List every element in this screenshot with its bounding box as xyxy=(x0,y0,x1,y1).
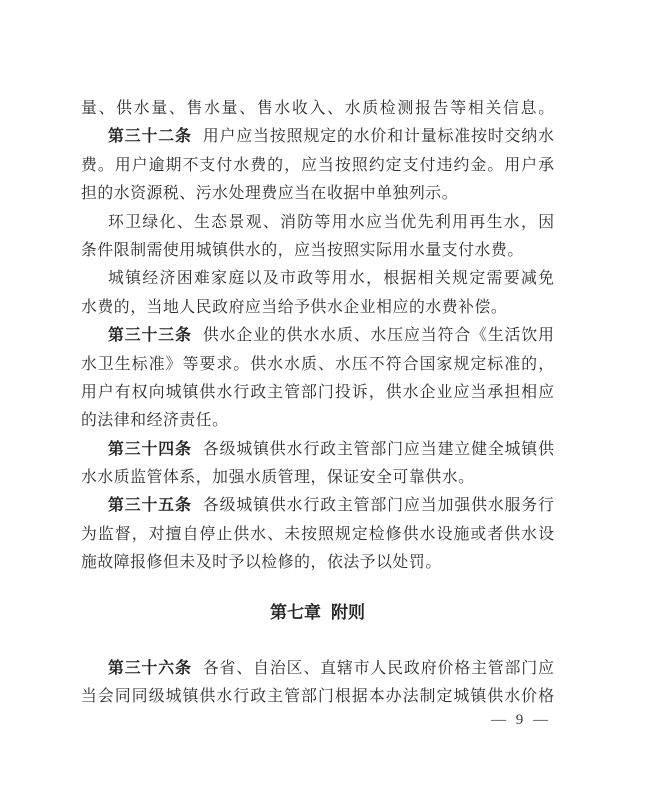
document-line: 的法律和经济责任。 xyxy=(81,407,554,435)
article-number: 第三十六条 xyxy=(108,660,192,677)
document-line: 水费的，当地人民政府应当给予供水企业相应的水费补偿。 xyxy=(81,294,554,322)
document-line: 水卫生标准》等要求。供水水质、水压不符合国家规定标准的， xyxy=(81,351,554,379)
line-text: 担的水资源税、污水处理费应当在收据中单独列示。 xyxy=(81,185,458,202)
document-line: 第三十二条用户应当按照规定的水价和计量标准按时交纳水 xyxy=(81,123,554,151)
line-text: 量、供水量、售水量、售水收入、水质检测报告等相关信息。 xyxy=(81,100,554,117)
line-text: 当会同同级城镇供水行政主管部门根据本办法制定城镇供水价格 xyxy=(81,688,554,705)
document-line: 担的水资源税、污水处理费应当在收据中单独列示。 xyxy=(81,180,554,208)
chapter-title: 附则 xyxy=(331,603,365,622)
line-text: 施故障报修但未及时予以检修的，依法予以处罚。 xyxy=(81,554,442,571)
line-text: 城镇经济困难家庭以及市政等用水，根据相关规定需要减免 xyxy=(108,270,554,287)
document-line: 为监督，对擅自停止供水、未按照规定检修供水设施或者供水设 xyxy=(81,521,554,549)
article-number: 第三十四条 xyxy=(108,441,192,458)
chapter-heading: 第七章附则 xyxy=(81,599,554,627)
document-line: 第三十六条各省、自治区、直辖市人民政府价格主管部门应 xyxy=(81,655,554,683)
document-line: 费。用户逾期不支付水费的，应当按照约定支付违约金。用户承 xyxy=(81,152,554,180)
document-line: 当会同同级城镇供水行政主管部门根据本办法制定城镇供水价格 xyxy=(81,683,554,711)
document-line: 环卫绿化、生态景观、消防等用水应当优先利用再生水，因 xyxy=(81,209,554,237)
document-line: 条件限制需使用城镇供水的，应当按照实际用水量支付水费。 xyxy=(81,237,554,265)
document-line: 城镇经济困难家庭以及市政等用水，根据相关规定需要减免 xyxy=(81,265,554,293)
document-line: 第三十四条各级城镇供水行政主管部门应当建立健全城镇供 xyxy=(81,436,554,464)
chapter-number: 第七章 xyxy=(270,603,321,622)
line-text: 供水企业的供水水质、水压应当符合《生活饮用 xyxy=(203,327,554,344)
article-number: 第三十五条 xyxy=(108,497,192,514)
line-text: 用户有权向城镇供水行政主管部门投诉，供水企业应当承担相应 xyxy=(81,384,554,401)
line-text: 各级城镇供水行政主管部门应当加强供水服务行 xyxy=(203,497,554,514)
document-line: 用户有权向城镇供水行政主管部门投诉，供水企业应当承担相应 xyxy=(81,379,554,407)
line-text: 水卫生标准》等要求。供水水质、水压不符合国家规定标准的， xyxy=(81,356,554,373)
document-line: 量、供水量、售水量、售水收入、水质检测报告等相关信息。 xyxy=(81,95,554,123)
line-text: 费。用户逾期不支付水费的，应当按照约定支付违约金。用户承 xyxy=(81,157,554,174)
article-number: 第三十二条 xyxy=(108,128,192,145)
line-text: 各省、自治区、直辖市人民政府价格主管部门应 xyxy=(203,660,554,677)
document-line: 水水质监管体系，加强水质管理，保证安全可靠供水。 xyxy=(81,464,554,492)
line-text: 水费的，当地人民政府应当给予供水企业相应的水费补偿。 xyxy=(81,299,507,316)
page-number: — 9 — xyxy=(491,710,551,730)
document-closing: 第三十六条各省、自治区、直辖市人民政府价格主管部门应 当会同同级城镇供水行政主管… xyxy=(81,655,554,712)
document-line: 第三十五条各级城镇供水行政主管部门应当加强供水服务行 xyxy=(81,492,554,520)
document-page: 量、供水量、售水量、售水收入、水质检测报告等相关信息。 第三十二条用户应当按照规… xyxy=(0,0,650,800)
article-number: 第三十三条 xyxy=(108,327,192,344)
document-body: 量、供水量、售水量、售水收入、水质检测报告等相关信息。 第三十二条用户应当按照规… xyxy=(81,95,554,578)
line-text: 用户应当按照规定的水价和计量标准按时交纳水 xyxy=(203,128,554,145)
line-text: 水水质监管体系，加强水质管理，保证安全可靠供水。 xyxy=(81,469,475,486)
line-text: 条件限制需使用城镇供水的，应当按照实际用水量支付水费。 xyxy=(81,242,524,259)
document-line: 施故障报修但未及时予以检修的，依法予以处罚。 xyxy=(81,549,554,577)
line-text: 环卫绿化、生态景观、消防等用水应当优先利用再生水，因 xyxy=(108,214,554,231)
document-line: 第三十三条供水企业的供水水质、水压应当符合《生活饮用 xyxy=(81,322,554,350)
line-text: 各级城镇供水行政主管部门应当建立健全城镇供 xyxy=(203,441,554,458)
line-text: 的法律和经济责任。 xyxy=(81,412,229,429)
line-text: 为监督，对擅自停止供水、未按照规定检修供水设施或者供水设 xyxy=(81,526,554,543)
